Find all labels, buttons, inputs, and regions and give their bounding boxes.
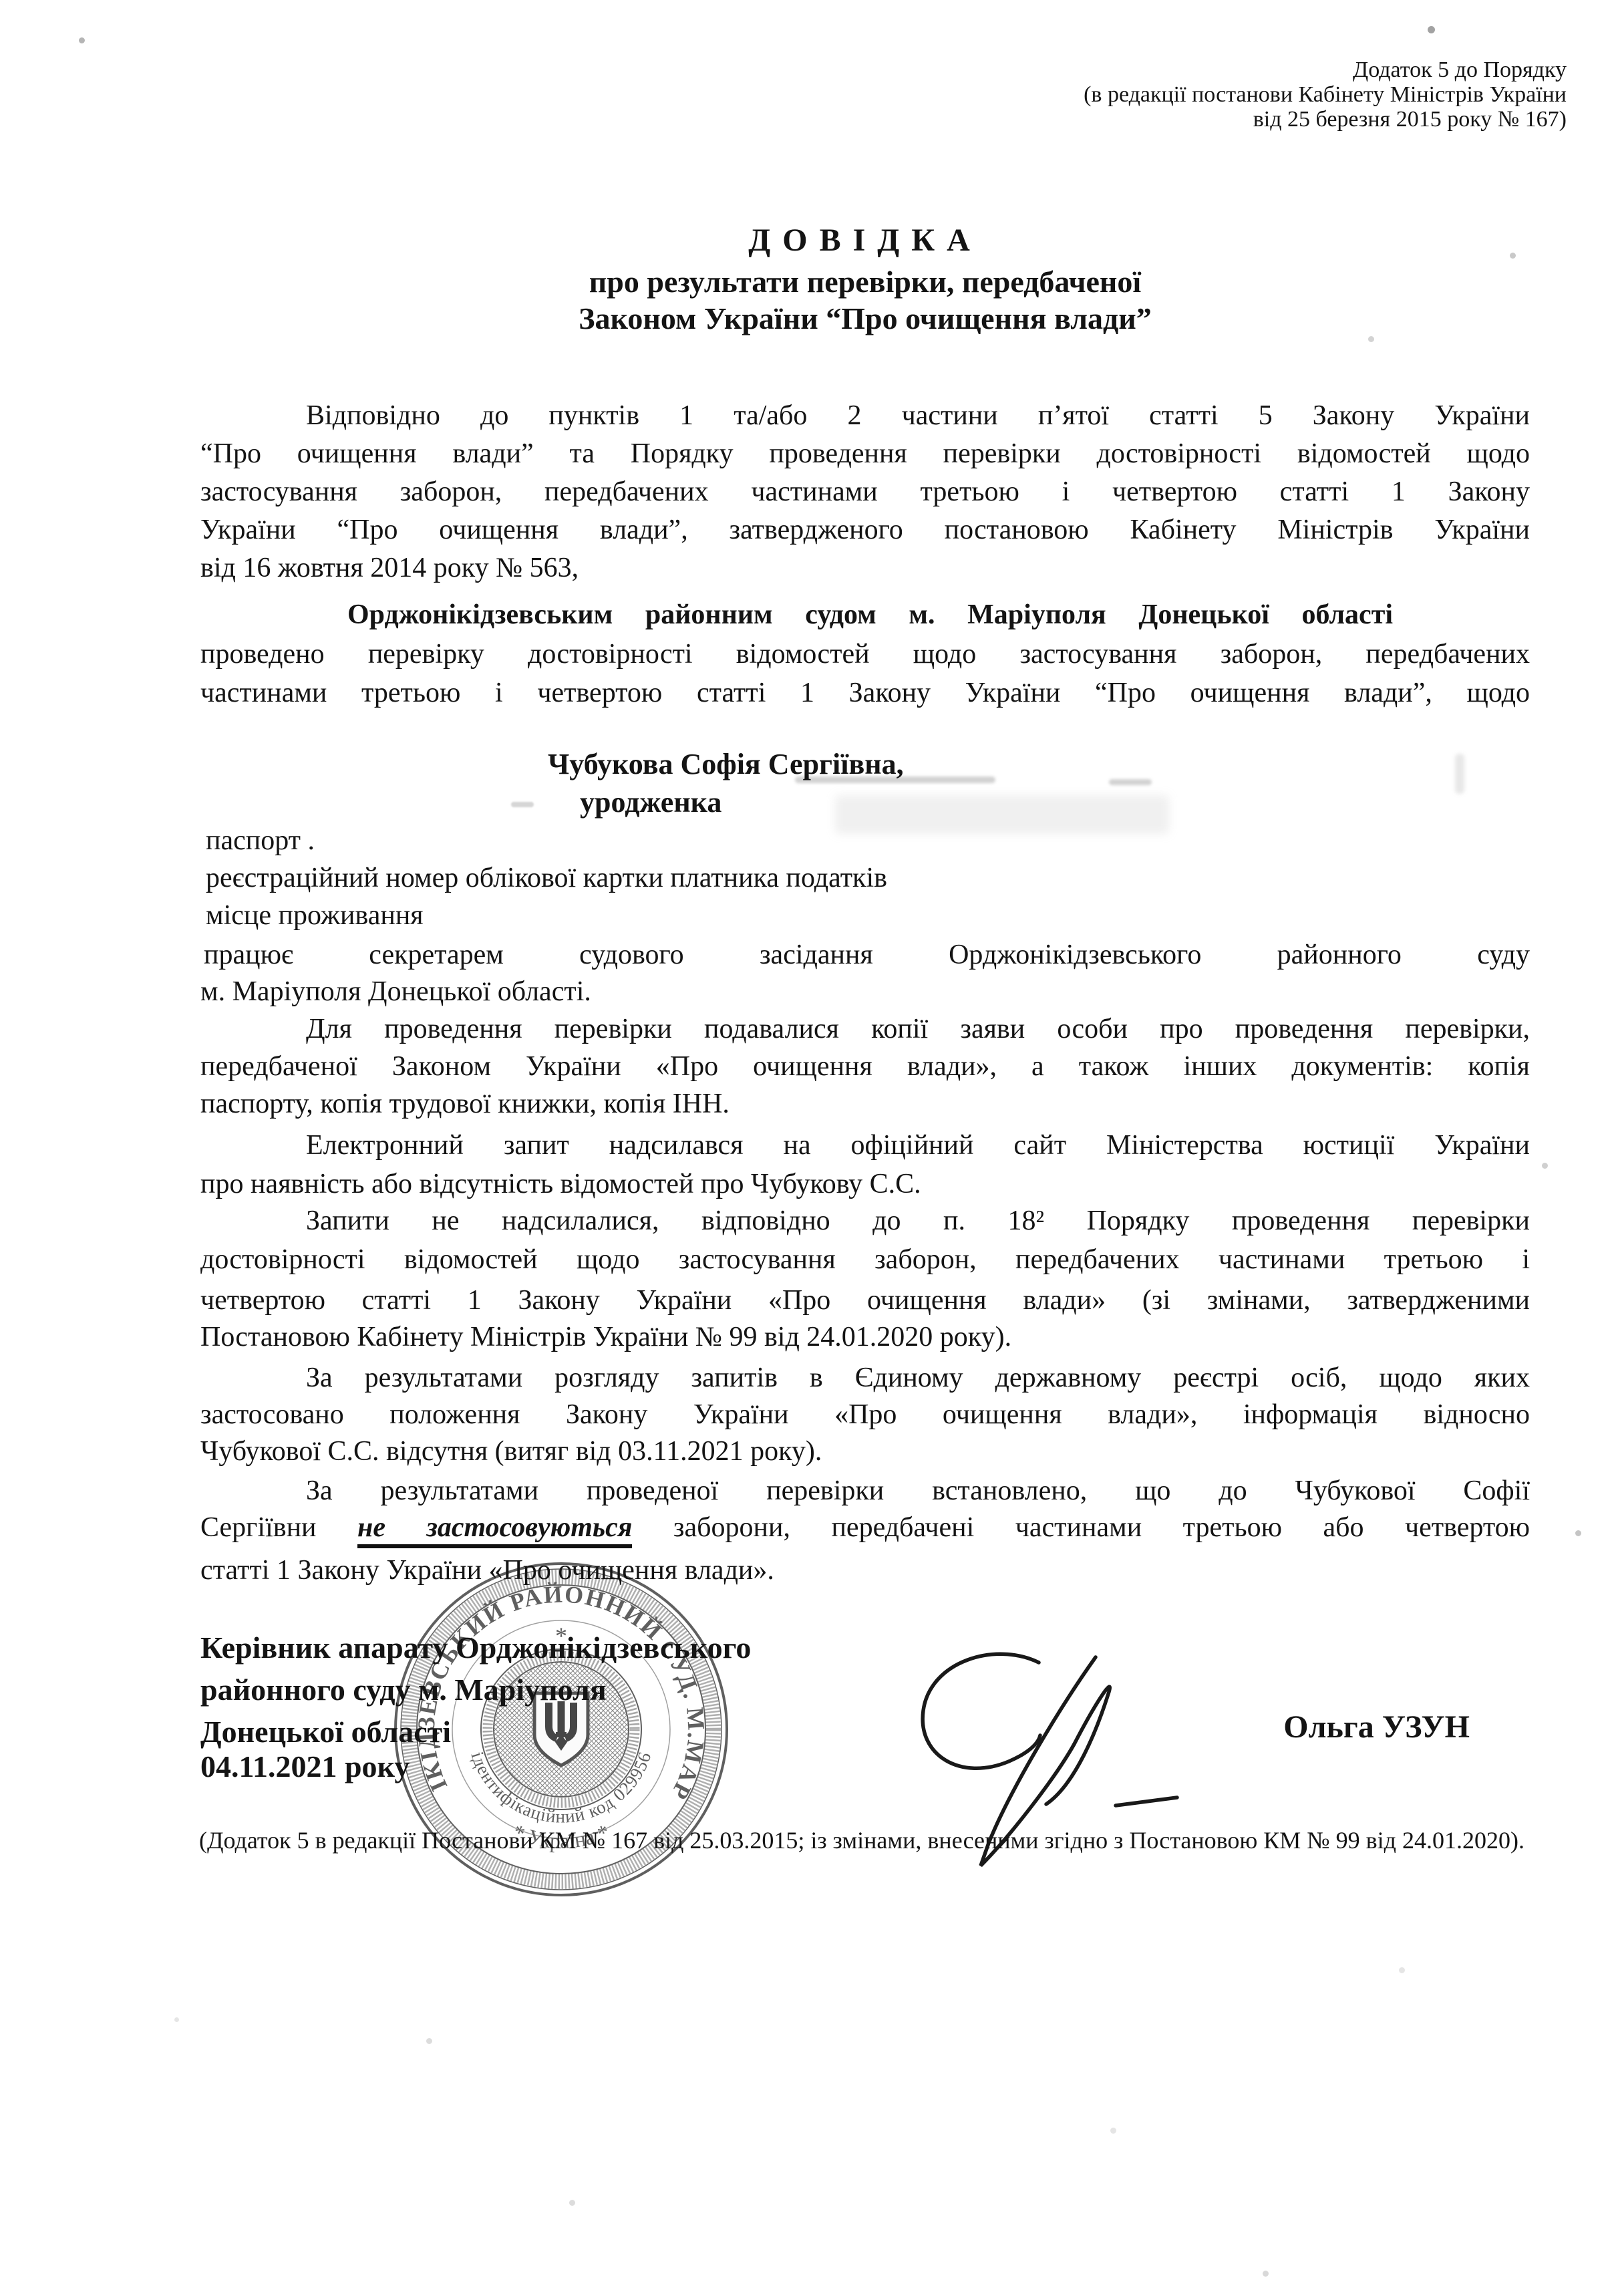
residence-line: місце проживання — [206, 898, 424, 934]
body-line: проведено перевірку достовірності відомо… — [200, 637, 1530, 672]
body-line: від 16 жовтня 2014 року № 563, — [200, 551, 579, 586]
body-line: передбаченої Законом України «Про очищен… — [200, 1049, 1530, 1085]
doc-title: ДОВІДКА — [200, 221, 1530, 261]
footer-note: (Додаток 5 в редакції Постанови КМ № 167… — [199, 1826, 1524, 1856]
body-line: Електронний запит надсилався на офіційни… — [200, 1128, 1530, 1163]
body-line: застосування заборон, передбачених части… — [200, 474, 1530, 510]
body-line: застосовано положення Закону України «Пр… — [200, 1397, 1530, 1433]
result-line: За результатами проведеної перевірки вст… — [200, 1473, 1530, 1509]
redaction-smudge — [835, 795, 1169, 834]
annex-header-line: від 25 березня 2015 року № 167) — [935, 106, 1567, 134]
body-line: За результатами розгляду запитів в Єдино… — [200, 1360, 1530, 1396]
signature-date: 04.11.2021 року — [200, 1747, 410, 1786]
signatory-title-line: Керівник апарату Орджонікідзевського — [200, 1628, 751, 1667]
emphasized-not-applied-text: не застосовуються — [357, 1512, 632, 1548]
body-line: паспорту, копія трудової книжки, копія І… — [200, 1087, 730, 1122]
tax-number-line: реєстраційний номер облікової картки пла… — [206, 861, 887, 896]
person-birth-label: уродженка — [580, 784, 721, 821]
result-line: Сергіївни не застосовуються заборони, пе… — [200, 1510, 1530, 1546]
redaction-smudge — [1109, 779, 1152, 785]
body-line: Для проведення перевірки подавалися копі… — [200, 1012, 1530, 1047]
redaction-smudge — [1455, 754, 1464, 794]
occupation-line: м. Маріуполя Донецької області. — [200, 974, 591, 1010]
doc-subtitle: Законом України “Про очищення влади” — [200, 299, 1530, 338]
handwritten-signature — [895, 1630, 1216, 1898]
redaction-smudge — [511, 802, 534, 807]
passport-line: паспорт . — [206, 823, 315, 859]
body-line: четвертою статті 1 Закону України «Про о… — [200, 1283, 1530, 1318]
body-line: Відповідно до пунктів 1 та/або 2 частини… — [200, 398, 1530, 434]
person-name: Чубукова Софія Сергіївна, — [548, 746, 904, 782]
body-line: Чубукової С.С. відсутня (витяг від 03.11… — [200, 1434, 822, 1469]
body-line: достовірності відомостей щодо застосуван… — [200, 1242, 1530, 1278]
body-line: “Про очищення влади” та Порядку проведен… — [200, 436, 1530, 472]
scanned-document-page: ОРДЖОНІКІДЗЕВСЬКИЙ РАЙОННИЙ СУД. М.МАРІУ… — [0, 0, 1610, 2296]
occupation-line: працює секретарем судового засідання Орд… — [204, 938, 1530, 973]
body-line: України “Про очищення влади”, затверджен… — [200, 513, 1530, 548]
court-name-line: Орджонікідзевським районним судом м. Мар… — [347, 597, 1393, 633]
body-line: частинами третьою і четвертою статті 1 З… — [200, 676, 1530, 711]
scan-noise — [0, 0, 3, 3]
signatory-title-line: районного суду м. Маріуполя — [200, 1671, 607, 1709]
doc-subtitle: про результати перевірки, передбаченої — [200, 263, 1530, 301]
body-line: Запити не надсилалися, відповідно до п. … — [200, 1203, 1530, 1239]
result-line: статті 1 Закону України «Про очищення вл… — [200, 1553, 774, 1588]
body-line: Постановою Кабінету Міністрів України № … — [200, 1320, 1011, 1355]
signatory-title-line: Донецької області — [200, 1713, 451, 1751]
signatory-name: Ольга УЗУН — [1243, 1707, 1470, 1747]
body-line: про наявність або відсутність відомостей… — [200, 1167, 921, 1202]
